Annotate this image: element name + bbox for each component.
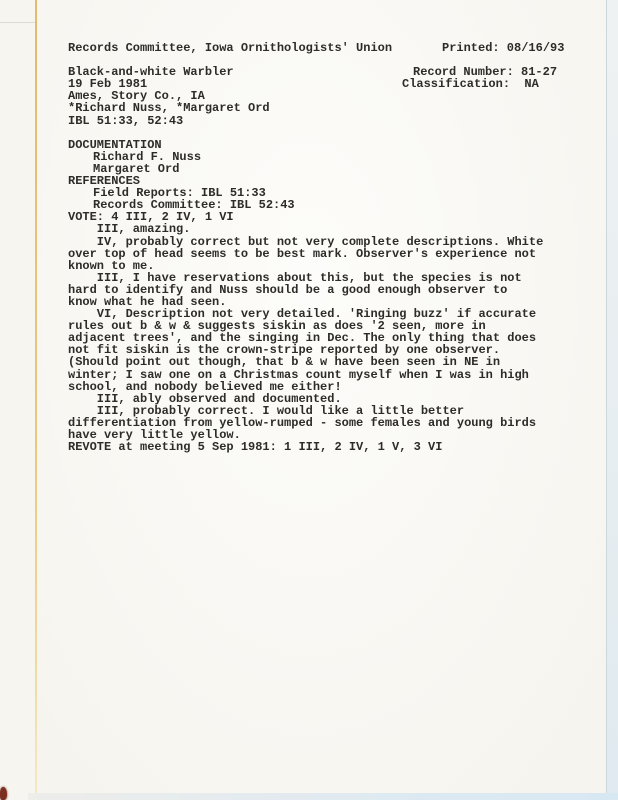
blank-line	[68, 127, 578, 139]
vote-comments: III, amazing. IV, probably correct but n…	[68, 223, 578, 441]
scanner-edge-right	[606, 0, 618, 800]
document-title: Records Committee, Iowa Ornithologists' …	[68, 42, 578, 54]
margin-crease-line	[0, 22, 36, 23]
references-entries: Field Reports: IBL 51:33 Records Committ…	[68, 187, 578, 211]
scanned-document-page: Printed: 08/16/93 Record Number: 81-27 C…	[0, 0, 618, 800]
scan-left-margin	[0, 0, 35, 800]
document-text-block: Records Committee, Iowa Ornithologists' …	[68, 42, 578, 453]
record-ibl-citation: IBL 51:33, 52:43	[68, 115, 578, 127]
revote-line: REVOTE at meeting 5 Sep 1981: 1 III, 2 I…	[68, 441, 578, 453]
record-observers: *Richard Nuss, *Margaret Ord	[68, 102, 578, 114]
paper-edge-line	[35, 0, 37, 800]
corner-ink-mark	[0, 787, 7, 800]
scanner-edge-bottom	[28, 793, 618, 800]
documentation-entries: Richard F. Nuss Margaret Ord	[68, 151, 578, 175]
